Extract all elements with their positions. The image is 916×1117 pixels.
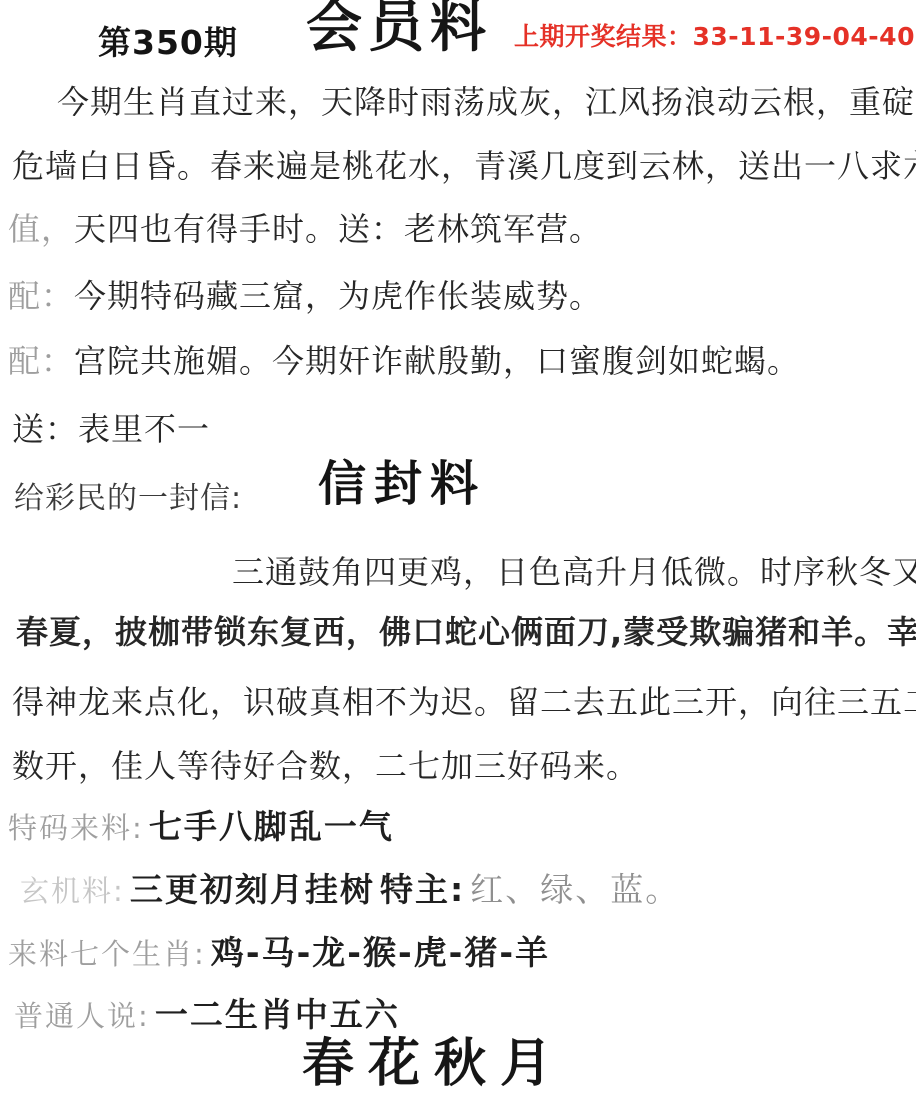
last-draw-result: 上期开奖结果：33-11-39-04-40-46+22 [514,24,916,49]
envelope-intro-label: 给彩民的一封信: [14,484,242,514]
member-line-pair-2: 配：宫院共施媚。今期奸诈献殷勤，口蜜腹剑如蛇蝎。 [8,345,800,377]
zodiac-label: 来料七个生肖: [8,937,206,971]
mystery-value: 三更初刻月挂树 [130,870,375,909]
member-send-summary: 送：表里不一 [12,413,210,445]
envelope-verse-line-3: 得神龙来点化，识破真相不为迟。留二去五此三开，向往三五二 [12,686,916,718]
saying-label: 普通人说: [14,999,150,1033]
mystery-color-label: 特主: [380,870,465,909]
member-line-send: 值，天四也有得手时。送：老林筑军营。 [8,213,602,245]
mystery-label: 玄机料: [20,874,125,908]
tip-sheet-page: 第350期 会员料 上期开奖结果：33-11-39-04-40-46+22 今期… [0,0,916,1117]
member-line-pair-2-text: 宫院共施媚。今期奸诈献殷勤，口蜜腹剑如蛇蝎。 [74,342,800,380]
special-code-value: 七手八脚乱一气 [149,807,394,846]
saying-row: 普通人说: 一二生肖中五六 [14,998,400,1031]
member-line-pair-2-prefix: 配： [8,342,74,380]
last-draw-numbers: 33-11-39-04-40-46+22 [693,22,916,51]
zodiac-row: 来料七个生肖: 鸡-马-龙-猴-虎-猪-羊 [8,936,550,969]
member-line-pair-1-text: 今期特码藏三窟，为虎作伥装威势。 [74,277,602,315]
member-verse-line-2: 危墙白日昏。春来遍是桃花水，青溪几度到云林，送出一八求六 [12,150,916,182]
envelope-verse-line-2: 春夏，披枷带锁东复西，佛口蛇心俩面刀,蒙受欺骗猪和羊。幸 [16,616,916,648]
special-code-row: 特码来料: 七手八脚乱一气 [8,810,394,843]
mystery-row: 玄机料: 三更初刻月挂树 特主: 红、绿、蓝。 [20,873,680,906]
member-line-pair-1: 配：今期特码藏三窟，为虎作伥装威势。 [8,280,602,312]
member-line-send-prefix: 值， [8,210,74,248]
envelope-verse-line-1: 三通鼓角四更鸡，日色高升月低微。时序秋冬又 [232,556,916,588]
envelope-verse-line-4: 数开，佳人等待好合数，二七加三好码来。 [12,750,639,782]
last-draw-label: 上期开奖结果： [514,22,693,51]
envelope-title: 信封料 [318,460,486,508]
footer-title: 春花秋月 [302,1038,566,1090]
member-line-send-text: 天四也有得手时。送：老林筑军营。 [74,210,602,248]
special-code-label: 特码来料: [8,811,144,845]
member-line-pair-1-prefix: 配： [8,277,74,315]
member-verse-line-1: 今期生肖直过来，天降时雨荡成灰，江风扬浪动云根，重碇 [57,86,915,118]
zodiac-value: 鸡-马-龙-猴-虎-猪-羊 [211,933,550,972]
page-title: 会员料 [306,0,492,56]
saying-value: 一二生肖中五六 [155,995,400,1034]
mystery-colors: 红、绿、蓝。 [470,870,680,909]
issue-number: 第350期 [98,26,238,59]
